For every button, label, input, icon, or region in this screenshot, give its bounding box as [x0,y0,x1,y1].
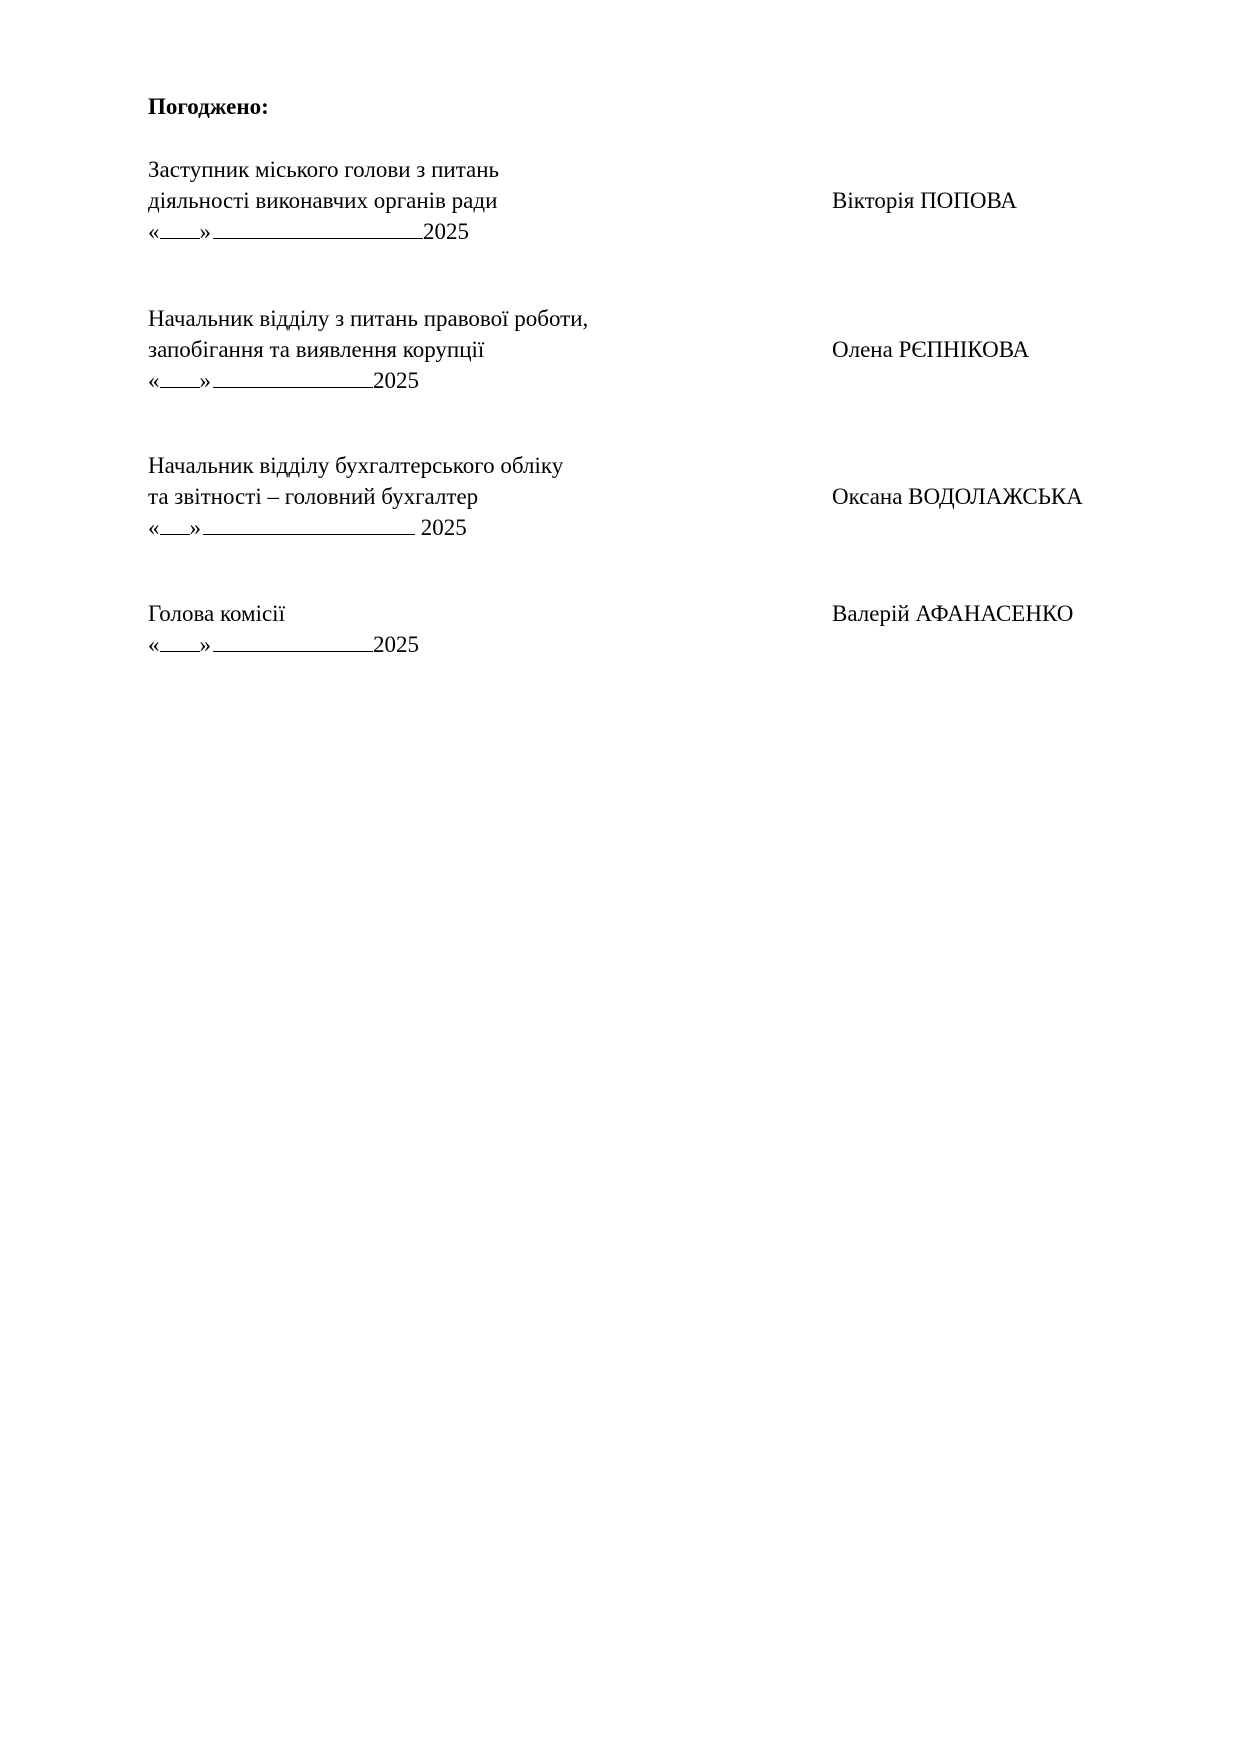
position-line: Заступник міського голови з питань [148,154,1148,185]
day-blank [160,367,200,388]
month-blank [213,367,373,388]
signatory-block: Начальник відділу бухгалтерського обліку… [148,450,1148,543]
open-quote: « [148,629,160,660]
open-quote: « [148,512,160,543]
signatory-name: Вікторія ПОПОВА [832,185,1017,216]
month-blank [213,218,423,239]
close-quote: » [190,512,202,543]
day-blank [160,514,190,535]
date-year: 2025 [423,216,469,247]
close-quote: » [200,216,212,247]
date-year: 2025 [415,512,467,543]
position-line: Начальник відділу бухгалтерського обліку [148,450,1148,481]
close-quote: » [200,629,212,660]
signatory-block: Заступник міського голови з питань діяль… [148,154,1148,247]
date-year: 2025 [373,365,419,396]
date-line: « » 2025 [148,629,1148,660]
position-line: запобігання та виявлення корупції [148,337,484,362]
month-blank [213,631,373,652]
approval-heading: Погоджено: [148,91,269,122]
date-line: « » 2025 [148,216,1148,247]
day-blank [160,631,200,652]
signatory-name: Олена РЄПНІКОВА [832,334,1029,365]
open-quote: « [148,216,160,247]
position-line: діяльності виконавчих органів ради [148,188,497,213]
date-year: 2025 [373,629,419,660]
close-quote: » [200,365,212,396]
signatory-name: Валерій АФАНАСЕНКО [832,598,1073,629]
date-line: « » 2025 [148,512,1148,543]
position-line: та звітності – головний бухгалтер [148,484,478,509]
day-blank [160,218,200,239]
position-line: Голова комісії [148,601,285,626]
signatory-block: Начальник відділу з питань правової робо… [148,303,1148,396]
position-line: Начальник відділу з питань правової робо… [148,303,1148,334]
open-quote: « [148,365,160,396]
month-blank [203,514,415,535]
signatory-name: Оксана ВОДОЛАЖСЬКА [832,481,1083,512]
date-line: « » 2025 [148,365,1148,396]
signatory-block: Голова комісії Валерій АФАНАСЕНКО « » 20… [148,598,1148,660]
